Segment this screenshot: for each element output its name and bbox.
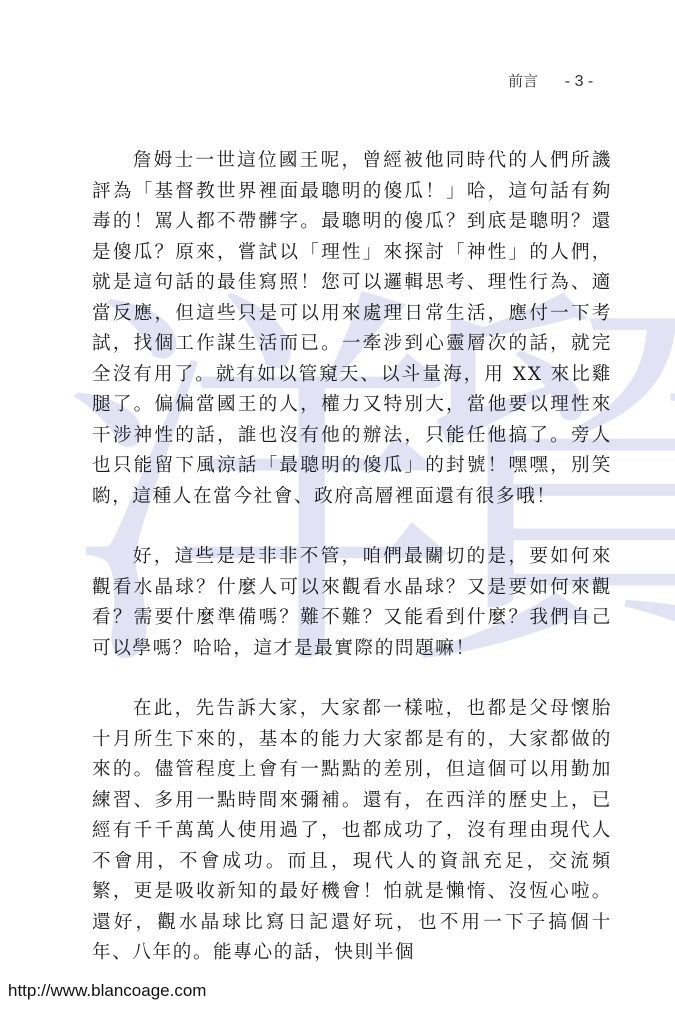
- page-number: - 3 -: [565, 73, 593, 90]
- section-title: 前言: [508, 72, 538, 90]
- paragraph-2: 好，這些是是非非不管，咱們最關切的是，要如何來觀看水晶球？什麼人可以來觀看水晶球…: [92, 542, 612, 664]
- footer-url[interactable]: http://www.blancoage.com: [8, 981, 206, 1001]
- paragraph-3: 在此，先告訴大家，大家都一樣啦，也都是父母懷胎十月所生下來的，基本的能力大家都是…: [92, 694, 612, 969]
- page-header: 前言 - 3 -: [508, 70, 593, 91]
- body-text: 詹姆士一世這位國王呢，曾經被他同時代的人們所譏評為「基督教世界裡面最聰明的傻瓜！…: [92, 146, 612, 999]
- paragraph-1: 詹姆士一世這位國王呢，曾經被他同時代的人們所譏評為「基督教世界裡面最聰明的傻瓜！…: [92, 146, 612, 512]
